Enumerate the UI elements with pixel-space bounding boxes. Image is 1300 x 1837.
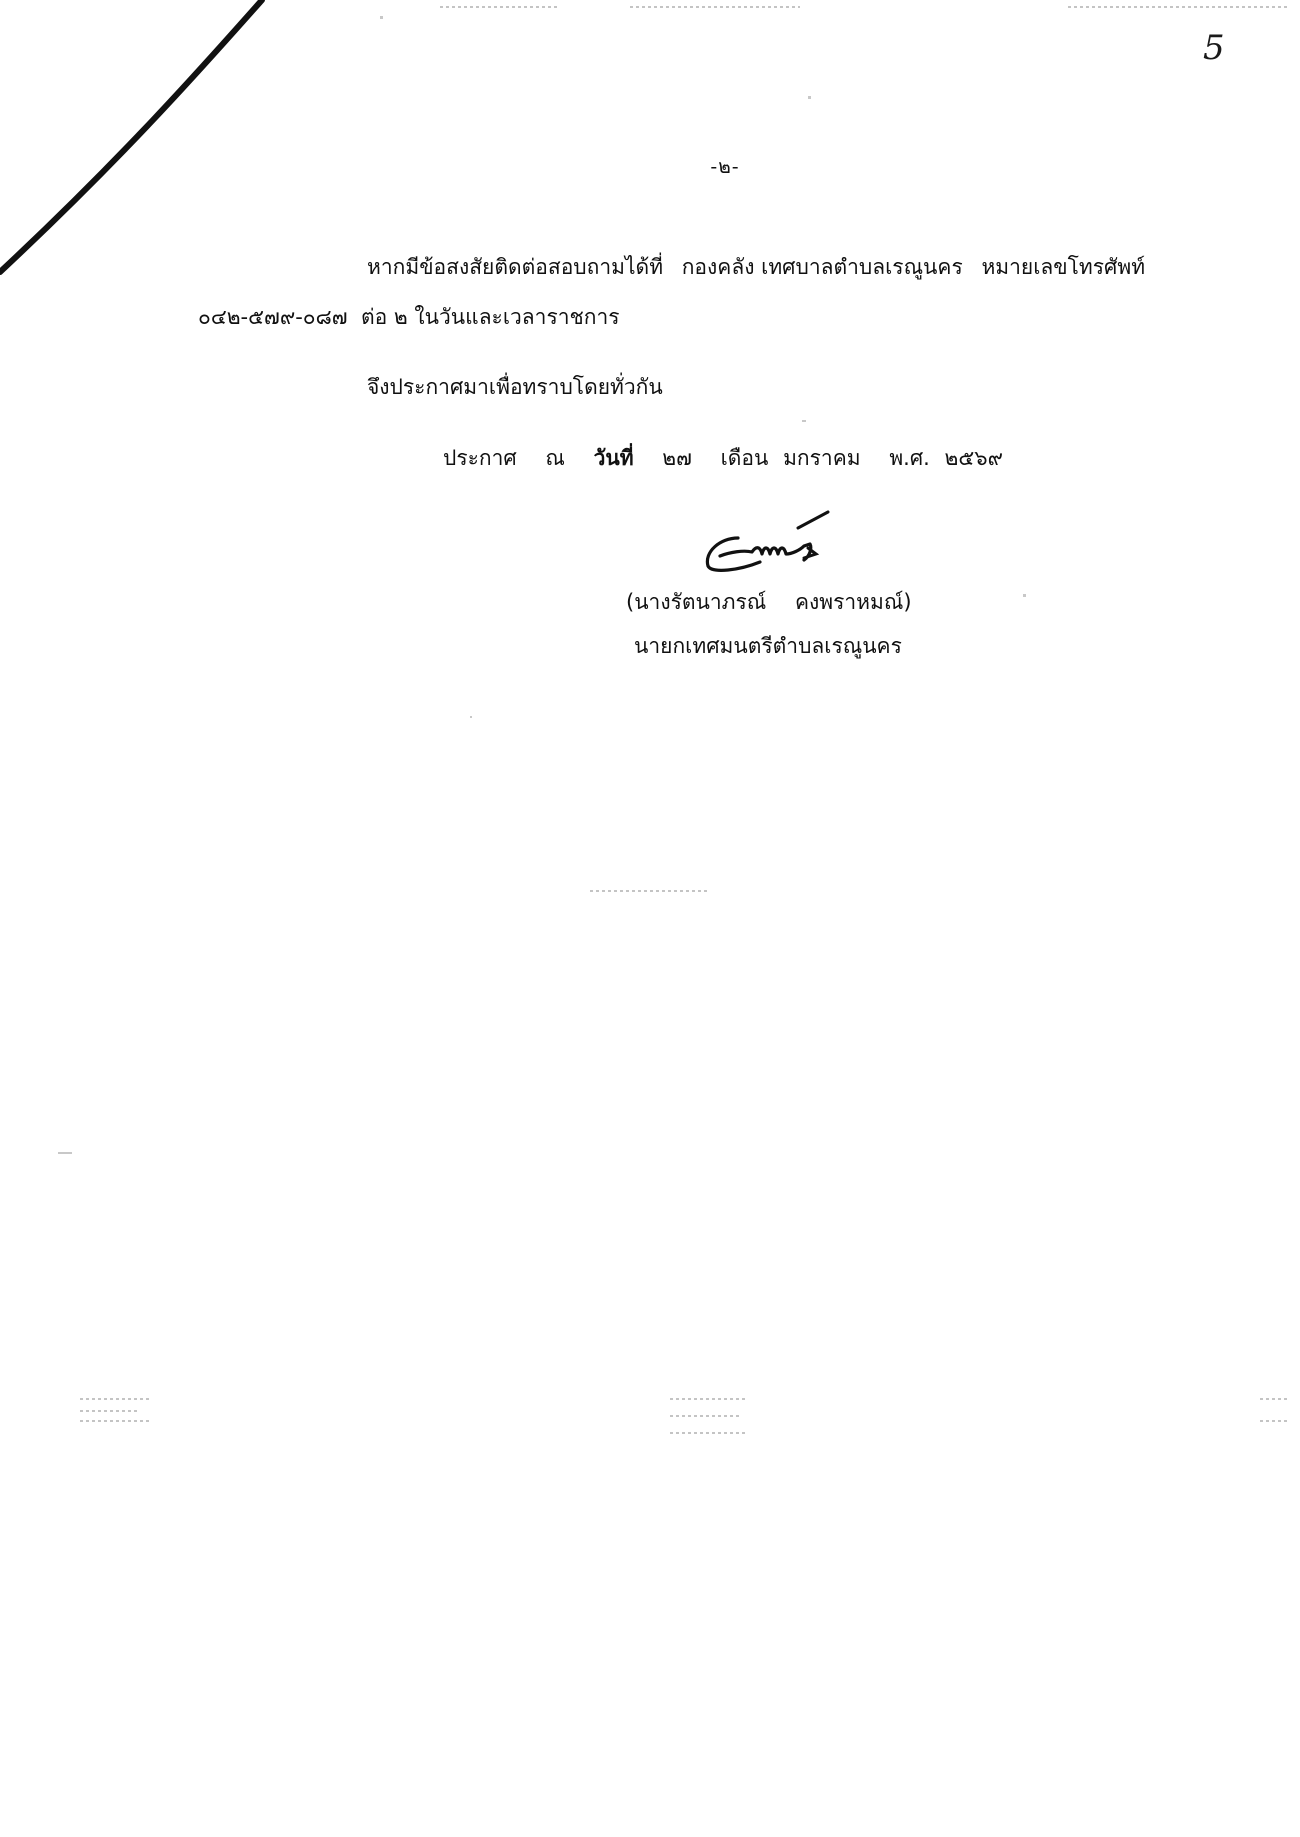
year-value: ๒๕๖๙ bbox=[945, 446, 1003, 470]
contact-lead: หากมีข้อสงสัยติดต่อสอบถามได้ที่ bbox=[367, 255, 663, 279]
phone-number: ๐๔๒-๕๗๙-๐๘๗ bbox=[198, 305, 348, 329]
scan-artifact bbox=[80, 1398, 150, 1400]
scan-artifact bbox=[630, 6, 800, 8]
date-prefix: ประกาศ bbox=[443, 446, 517, 470]
scan-artifact bbox=[590, 890, 710, 892]
scan-artifact bbox=[58, 1152, 72, 1154]
closing-statement: จึงประกาศมาเพื่อทราบโดยทั่วกัน bbox=[367, 377, 663, 398]
pen-stroke-mark bbox=[0, 0, 270, 275]
scan-artifact bbox=[1068, 6, 1288, 8]
scanned-document-page: 5 -๒- หากมีข้อสงสัยติดต่อสอบถามได้ที่ กอ… bbox=[0, 0, 1300, 1837]
scan-artifact bbox=[808, 96, 811, 99]
scan-artifact bbox=[802, 420, 806, 422]
signatory-name: (นางรัตนาภรณ์ คงพราหมณ์) bbox=[626, 592, 912, 613]
scan-artifact bbox=[670, 1415, 740, 1417]
scan-artifact bbox=[470, 716, 472, 718]
phone-label: หมายเลขโทรศัพท์ bbox=[981, 255, 1145, 279]
signatory-first-name: (นางรัตนาภรณ์ bbox=[626, 590, 766, 614]
date-at: ณ bbox=[545, 446, 564, 470]
signature-image bbox=[700, 500, 850, 580]
contact-paragraph-line-2: ๐๔๒-๕๗๙-๐๘๗ ต่อ ๒ ในวันและเวลาราชการ bbox=[198, 307, 620, 328]
phone-extension: ต่อ ๒ ในวันและเวลาราชการ bbox=[361, 305, 620, 329]
scan-artifact bbox=[670, 1398, 745, 1400]
contact-department: กองคลัง เทศบาลตำบลเรณูนคร bbox=[682, 255, 963, 279]
month-value: มกราคม bbox=[783, 446, 861, 470]
signatory-last-name: คงพราหมณ์) bbox=[795, 590, 912, 614]
day-value: ๒๗ bbox=[662, 446, 692, 470]
era-label: พ.ศ. bbox=[889, 446, 930, 470]
scan-artifact bbox=[1260, 1420, 1290, 1422]
scan-artifact bbox=[380, 16, 383, 19]
scan-artifact bbox=[1023, 594, 1026, 597]
scan-artifact bbox=[670, 1432, 745, 1434]
scan-artifact bbox=[80, 1410, 140, 1412]
page-number: -๒- bbox=[0, 152, 1300, 182]
scan-artifact bbox=[440, 6, 560, 8]
day-label: วันที่ bbox=[594, 446, 634, 470]
signatory-position: นายกเทศมนตรีตำบลเรณูนคร bbox=[634, 636, 902, 657]
announcement-date: ประกาศ ณ วันที่ ๒๗ เดือน มกราคม พ.ศ. ๒๕๖… bbox=[443, 448, 1025, 469]
scan-artifact bbox=[80, 1420, 150, 1422]
handwritten-page-mark: 5 bbox=[1203, 28, 1225, 68]
scan-artifact bbox=[1260, 1398, 1290, 1400]
contact-paragraph-line-1: หากมีข้อสงสัยติดต่อสอบถามได้ที่ กองคลัง … bbox=[367, 257, 1145, 278]
month-label: เดือน bbox=[721, 446, 769, 470]
